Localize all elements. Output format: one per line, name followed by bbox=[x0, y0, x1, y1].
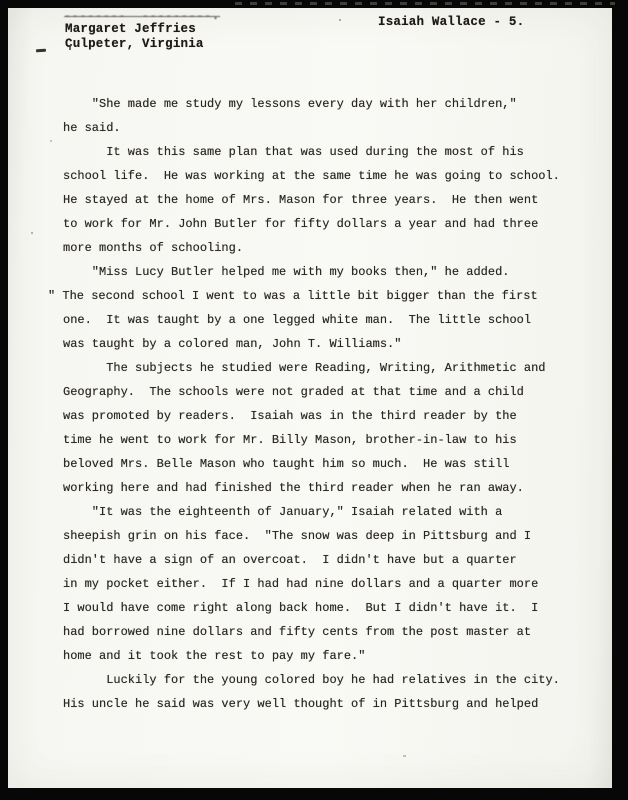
author-location: Culpeter, Virginia bbox=[65, 37, 204, 52]
scan-speck bbox=[403, 755, 406, 757]
text-line: It was this same plan that was used duri… bbox=[63, 140, 560, 164]
scanned-document-page: { "header": { "struck_text": "-------- -… bbox=[0, 0, 628, 800]
text-line: Luckily for the young colored boy he had… bbox=[63, 668, 560, 692]
text-line: I would have come right along back home.… bbox=[63, 596, 560, 620]
text-line: more months of schooling. bbox=[63, 236, 560, 260]
text-line: he said. bbox=[63, 116, 560, 140]
author-name: Margaret Jeffries bbox=[65, 22, 196, 37]
text-line: to work for Mr. John Butler for fifty do… bbox=[63, 212, 560, 236]
margin-dash-mark bbox=[36, 49, 46, 53]
text-line: working here and had finished the third … bbox=[63, 476, 560, 500]
text-line: "It was the eighteenth of January," Isai… bbox=[63, 500, 560, 524]
text-line: one. It was taught by a one legged white… bbox=[63, 308, 560, 332]
text-line: in my pocket either. If I had had nine d… bbox=[63, 572, 560, 596]
text-line: didn't have a sign of an overcoat. I did… bbox=[63, 548, 560, 572]
page-header-label: Isaiah Wallace - 5. bbox=[378, 15, 524, 30]
text-line: sheepish grin on his face. "The snow was… bbox=[63, 524, 560, 548]
text-line: beloved Mrs. Belle Mason who taught him … bbox=[63, 452, 560, 476]
text-line: "She made me study my lessons every day … bbox=[63, 92, 560, 116]
stray-dot bbox=[339, 19, 341, 21]
scan-speck bbox=[50, 140, 52, 142]
text-line: time he went to work for Mr. Billy Mason… bbox=[63, 428, 560, 452]
text-line: "Miss Lucy Butler helped me with my book… bbox=[63, 260, 560, 284]
text-line: His uncle he said was very well thought … bbox=[63, 692, 560, 716]
document-body: "She made me study my lessons every day … bbox=[63, 92, 560, 716]
text-line: He stayed at the home of Mrs. Mason for … bbox=[63, 188, 560, 212]
text-line: " The second school I went to was a litt… bbox=[48, 284, 560, 308]
text-line: Geography. The schools were not graded a… bbox=[63, 380, 560, 404]
margin-tick-mark bbox=[69, 45, 71, 50]
text-line: home and it took the rest to pay my fare… bbox=[63, 644, 560, 668]
paper: -------- ---------. Margaret Jeffries Cu… bbox=[8, 8, 612, 788]
text-line: school life. He was working at the same … bbox=[63, 164, 560, 188]
scan-speck bbox=[31, 232, 33, 234]
text-line: was taught by a colored man, John T. Wil… bbox=[63, 332, 560, 356]
text-line: had borrowed nine dollars and fifty cent… bbox=[63, 620, 560, 644]
text-line: The subjects he studied were Reading, Wr… bbox=[63, 356, 560, 380]
scan-top-edge-artifact bbox=[235, 2, 615, 5]
text-line: was promoted by readers. Isaiah was in t… bbox=[63, 404, 560, 428]
